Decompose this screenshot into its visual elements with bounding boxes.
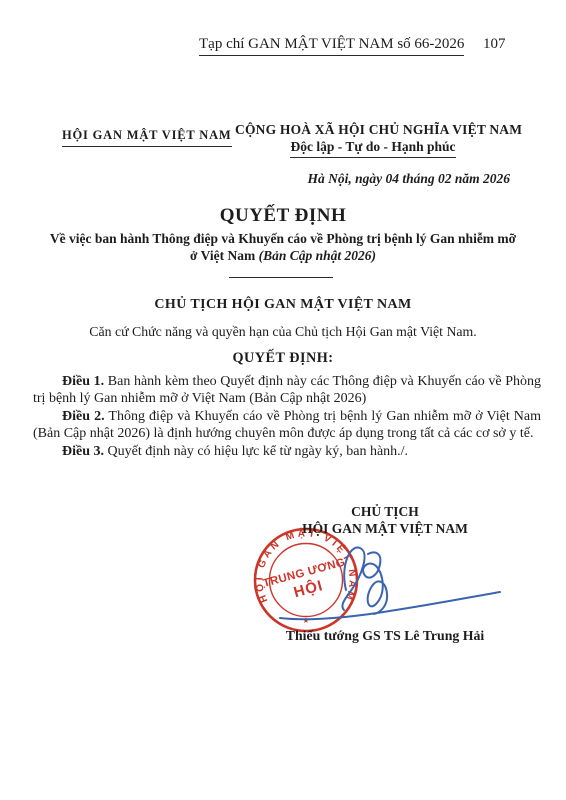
page-number: 107 (483, 36, 506, 53)
signature-stroke (342, 548, 364, 610)
signature-stroke (363, 552, 387, 614)
article-1-label: Điều 1. (62, 374, 104, 389)
signature-title-line1: CHỦ TỊCH (351, 504, 419, 519)
signature-title-line2: HỘI GAN MẬT VIỆT NAM (302, 521, 468, 536)
subtitle-line1: Về việc ban hành Thông điệp và Khuyến cá… (50, 231, 516, 246)
signature-title-block: CHỦ TỊCH HỘI GAN MẬT VIỆT NAM (265, 503, 505, 537)
article-2: Điều 2. Thông điệp và Khuyến cáo về Phòn… (33, 408, 541, 443)
horizontal-divider (229, 277, 333, 278)
legal-basis-line: Căn cứ Chức năng và quyền hạn của Chủ tị… (0, 324, 566, 340)
document-page: Tạp chí GAN MẬT VIỆT NAM số 66-2026 107 … (0, 0, 566, 800)
national-header-block: CỘNG HOÀ XÃ HỘI CHỦ NGHĨA VIỆT NAM Độc l… (235, 122, 511, 158)
article-2-label: Điều 2. (62, 409, 105, 424)
article-3: Điều 3. Quyết định này có hiệu lực kể từ… (33, 443, 541, 460)
article-3-label: Điều 3. (62, 444, 104, 459)
signature-flourish-stroke (280, 592, 500, 619)
issuing-org-name: HỘI GAN MẬT VIỆT NAM (62, 128, 232, 147)
issuer-heading: CHỦ TỊCH HỘI GAN MẬT VIỆT NAM (0, 297, 566, 313)
decides-heading: QUYẾT ĐỊNH: (0, 350, 566, 367)
journal-header-title: Tạp chí GAN MẬT VIỆT NAM số 66-2026 (199, 36, 464, 56)
subtitle-line2-italic: (Bản Cập nhật 2026) (259, 248, 376, 263)
article-1-text: Ban hành kèm theo Quyết định này các Thô… (33, 374, 541, 406)
article-2-text: Thông điệp và Khuyến cáo về Phòng trị bệ… (33, 409, 541, 441)
national-name-line: CỘNG HOÀ XÃ HỘI CHỦ NGHĨA VIỆT NAM (235, 122, 511, 138)
article-1: Điều 1. Ban hành kèm theo Quyết định này… (33, 373, 541, 408)
signer-name: Thiếu tướng GS TS Lê Trung Hải (258, 628, 512, 644)
dateline: Hà Nội, ngày 04 tháng 02 năm 2026 (307, 171, 510, 187)
national-motto-line: Độc lập - Tự do - Hạnh phúc (290, 139, 455, 158)
handwritten-signature (260, 532, 510, 632)
decision-title: QUYẾT ĐỊNH (0, 205, 566, 227)
decision-subtitle: Về việc ban hành Thông điệp và Khuyến cá… (0, 230, 566, 264)
articles-body: Điều 1. Ban hành kèm theo Quyết định này… (33, 373, 541, 460)
issuing-org-block: HỘI GAN MẬT VIỆT NAM (62, 126, 232, 147)
article-3-text: Quyết định này có hiệu lực kể từ ngày ký… (108, 444, 409, 459)
subtitle-line2: ở Việt Nam (190, 248, 255, 263)
